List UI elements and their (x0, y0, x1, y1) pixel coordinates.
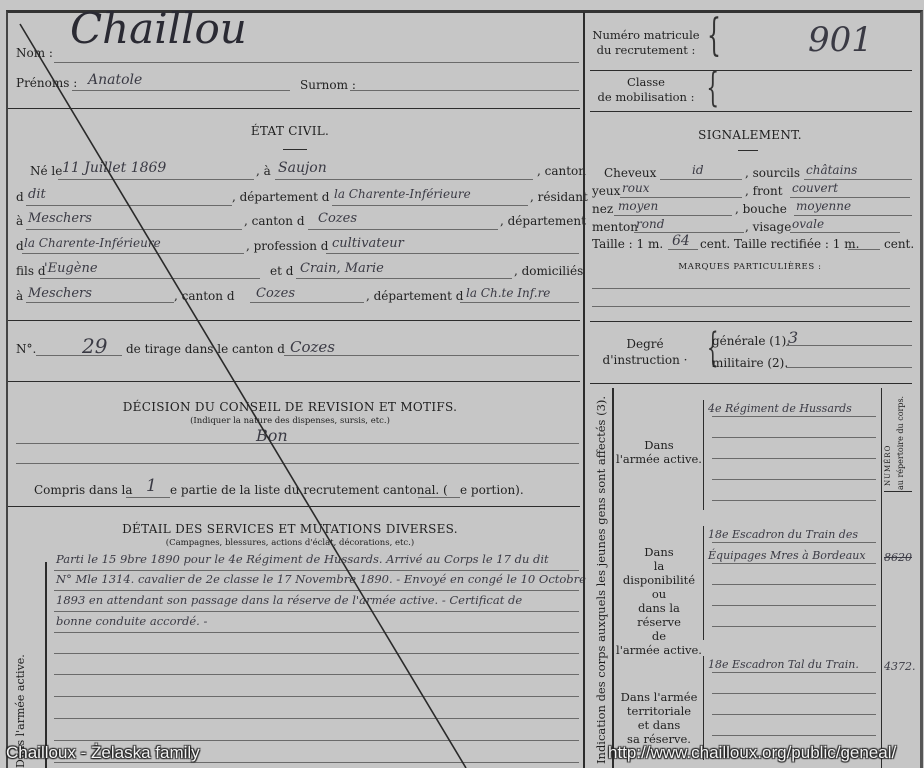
cross-out-line (0, 0, 924, 768)
registre-matricule-page: Nom : Chaillou Prénoms : Anatole Surnom … (0, 0, 924, 768)
watermark-family: Chailloux - Żelaska family (6, 743, 200, 763)
watermark-url[interactable]: http://www.chailloux.org/public/geneal/ (608, 743, 896, 763)
